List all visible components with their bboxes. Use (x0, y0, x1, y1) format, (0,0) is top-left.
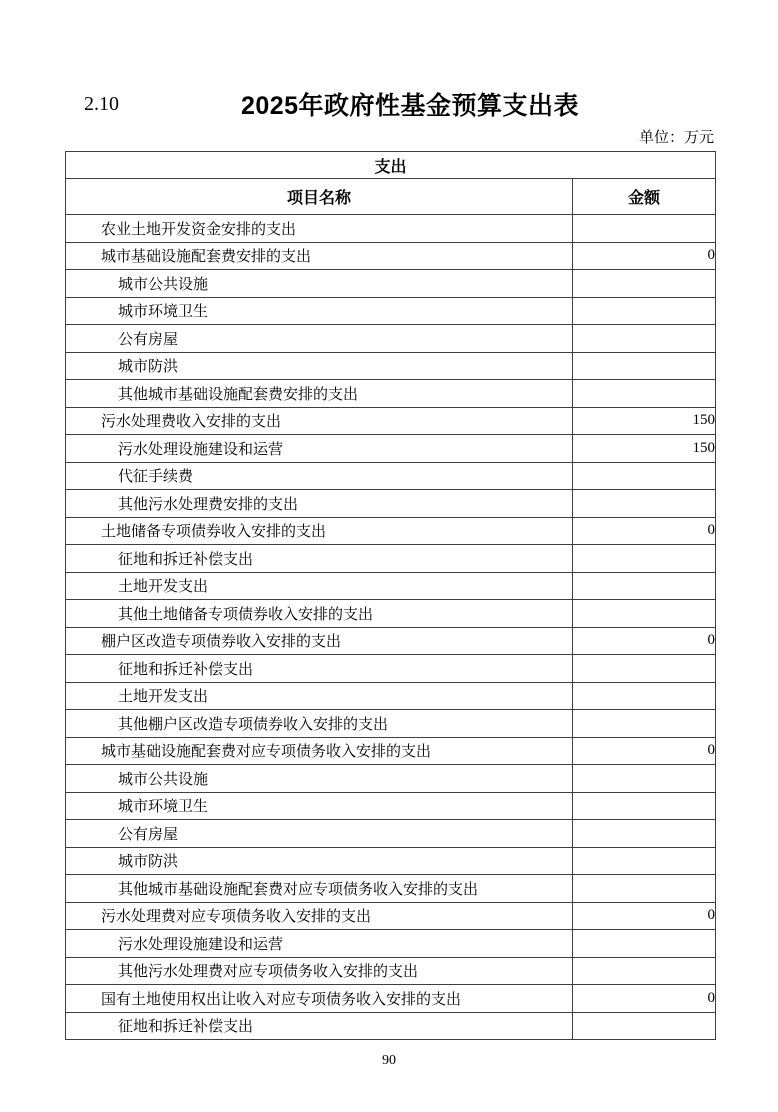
item-name-cell: 征地和拆迁补偿支出 (66, 545, 573, 573)
item-name-cell: 污水处理设施建设和运营 (66, 435, 573, 463)
item-name-cell: 污水处理费对应专项债务收入安排的支出 (66, 902, 573, 930)
item-name-cell: 征地和拆迁补偿支出 (66, 1012, 573, 1040)
amount-cell (573, 875, 716, 903)
table-row: 土地开发支出 (66, 682, 716, 710)
table-title-row: 支出 (66, 152, 716, 179)
section-number: 2.10 (84, 93, 119, 116)
item-name-cell: 土地开发支出 (66, 572, 573, 600)
table-header-row: 项目名称 金额 (66, 179, 716, 215)
item-name-cell: 城市基础设施配套费对应专项债务收入安排的支出 (66, 737, 573, 765)
item-name-cell: 农业土地开发资金安排的支出 (66, 215, 573, 243)
table-row: 其他城市基础设施配套费对应专项债务收入安排的支出 (66, 875, 716, 903)
table-row: 其他污水处理费对应专项债务收入安排的支出 (66, 957, 716, 985)
item-name-cell: 代征手续费 (66, 462, 573, 490)
unit-label: 单位：万元 (639, 126, 714, 147)
table-row: 污水处理费对应专项债务收入安排的支出 0 (66, 902, 716, 930)
table-row: 城市基础设施配套费对应专项债务收入安排的支出 0 (66, 737, 716, 765)
amount-cell (573, 682, 716, 710)
table-row: 棚户区改造专项债券收入安排的支出 0 (66, 627, 716, 655)
table-row: 征地和拆迁补偿支出 (66, 655, 716, 683)
item-name-cell: 城市环境卫生 (66, 792, 573, 820)
amount-cell (573, 930, 716, 958)
amount-cell: 150 (573, 435, 716, 463)
table-row: 其他城市基础设施配套费安排的支出 (66, 380, 716, 408)
amount-cell (573, 1012, 716, 1040)
item-name-cell: 土地储备专项债券收入安排的支出 (66, 517, 573, 545)
amount-cell: 0 (573, 517, 716, 545)
table-title-cell: 支出 (66, 152, 716, 179)
item-name-cell: 其他城市基础设施配套费安排的支出 (66, 380, 573, 408)
table-row: 城市公共设施 (66, 270, 716, 298)
amount-cell (573, 325, 716, 353)
table-row: 城市环境卫生 (66, 297, 716, 325)
item-name-cell: 其他土地储备专项债券收入安排的支出 (66, 600, 573, 628)
amount-cell: 0 (573, 627, 716, 655)
table-row: 征地和拆迁补偿支出 (66, 1012, 716, 1040)
page-number: 90 (0, 1053, 778, 1069)
item-name-cell: 其他污水处理费安排的支出 (66, 490, 573, 518)
amount-cell (573, 462, 716, 490)
amount-cell (573, 270, 716, 298)
amount-cell: 0 (573, 242, 716, 270)
table-row: 其他棚户区改造专项债券收入安排的支出 (66, 710, 716, 738)
item-name-cell: 公有房屋 (66, 820, 573, 848)
amount-cell (573, 792, 716, 820)
table-row: 城市公共设施 (66, 765, 716, 793)
table-row: 城市环境卫生 (66, 792, 716, 820)
table-row: 污水处理设施建设和运营 (66, 930, 716, 958)
table-row: 污水处理费收入安排的支出 150 (66, 407, 716, 435)
table-row: 其他土地储备专项债券收入安排的支出 (66, 600, 716, 628)
item-name-cell: 污水处理设施建设和运营 (66, 930, 573, 958)
amount-cell (573, 380, 716, 408)
amount-cell (573, 957, 716, 985)
amount-cell (573, 710, 716, 738)
item-name-cell: 其他棚户区改造专项债券收入安排的支出 (66, 710, 573, 738)
column-header-amount: 金额 (573, 179, 716, 215)
amount-cell (573, 847, 716, 875)
amount-cell (573, 655, 716, 683)
column-header-item-name: 项目名称 (66, 179, 573, 215)
amount-cell (573, 545, 716, 573)
item-name-cell: 其他污水处理费对应专项债务收入安排的支出 (66, 957, 573, 985)
document-header: 2.10 2025年政府性基金预算支出表 (0, 88, 778, 124)
item-name-cell: 污水处理费收入安排的支出 (66, 407, 573, 435)
item-name-cell: 城市基础设施配套费安排的支出 (66, 242, 573, 270)
table-row: 公有房屋 (66, 325, 716, 353)
table-row: 城市防洪 (66, 352, 716, 380)
item-name-cell: 土地开发支出 (66, 682, 573, 710)
item-name-cell: 征地和拆迁补偿支出 (66, 655, 573, 683)
amount-cell (573, 297, 716, 325)
item-name-cell: 其他城市基础设施配套费对应专项债务收入安排的支出 (66, 875, 573, 903)
amount-cell: 150 (573, 407, 716, 435)
item-name-cell: 城市公共设施 (66, 270, 573, 298)
item-name-cell: 城市环境卫生 (66, 297, 573, 325)
amount-cell (573, 352, 716, 380)
table-row: 土地开发支出 (66, 572, 716, 600)
amount-cell (573, 765, 716, 793)
amount-cell: 0 (573, 902, 716, 930)
item-name-cell: 棚户区改造专项债券收入安排的支出 (66, 627, 573, 655)
table-row: 征地和拆迁补偿支出 (66, 545, 716, 573)
amount-cell: 0 (573, 985, 716, 1013)
table-row: 土地储备专项债券收入安排的支出 0 (66, 517, 716, 545)
table-row: 国有土地使用权出让收入对应专项债务收入安排的支出 0 (66, 985, 716, 1013)
table-row: 农业土地开发资金安排的支出 (66, 215, 716, 243)
table-row: 污水处理设施建设和运营 150 (66, 435, 716, 463)
table-body: 支出 项目名称 金额 农业土地开发资金安排的支出 城市基础设施配套费安排的支出 … (66, 152, 716, 1040)
amount-cell (573, 215, 716, 243)
item-name-cell: 城市防洪 (66, 352, 573, 380)
amount-cell: 0 (573, 737, 716, 765)
amount-cell (573, 600, 716, 628)
item-name-cell: 城市防洪 (66, 847, 573, 875)
amount-cell (573, 490, 716, 518)
amount-cell (573, 572, 716, 600)
item-name-cell: 城市公共设施 (66, 765, 573, 793)
table-row: 代征手续费 (66, 462, 716, 490)
table-row: 城市基础设施配套费安排的支出 0 (66, 242, 716, 270)
item-name-cell: 公有房屋 (66, 325, 573, 353)
table-row: 公有房屋 (66, 820, 716, 848)
budget-expenditure-table: 支出 项目名称 金额 农业土地开发资金安排的支出 城市基础设施配套费安排的支出 … (65, 151, 716, 1040)
amount-cell (573, 820, 716, 848)
table-row: 城市防洪 (66, 847, 716, 875)
table-row: 其他污水处理费安排的支出 (66, 490, 716, 518)
item-name-cell: 国有土地使用权出让收入对应专项债务收入安排的支出 (66, 985, 573, 1013)
